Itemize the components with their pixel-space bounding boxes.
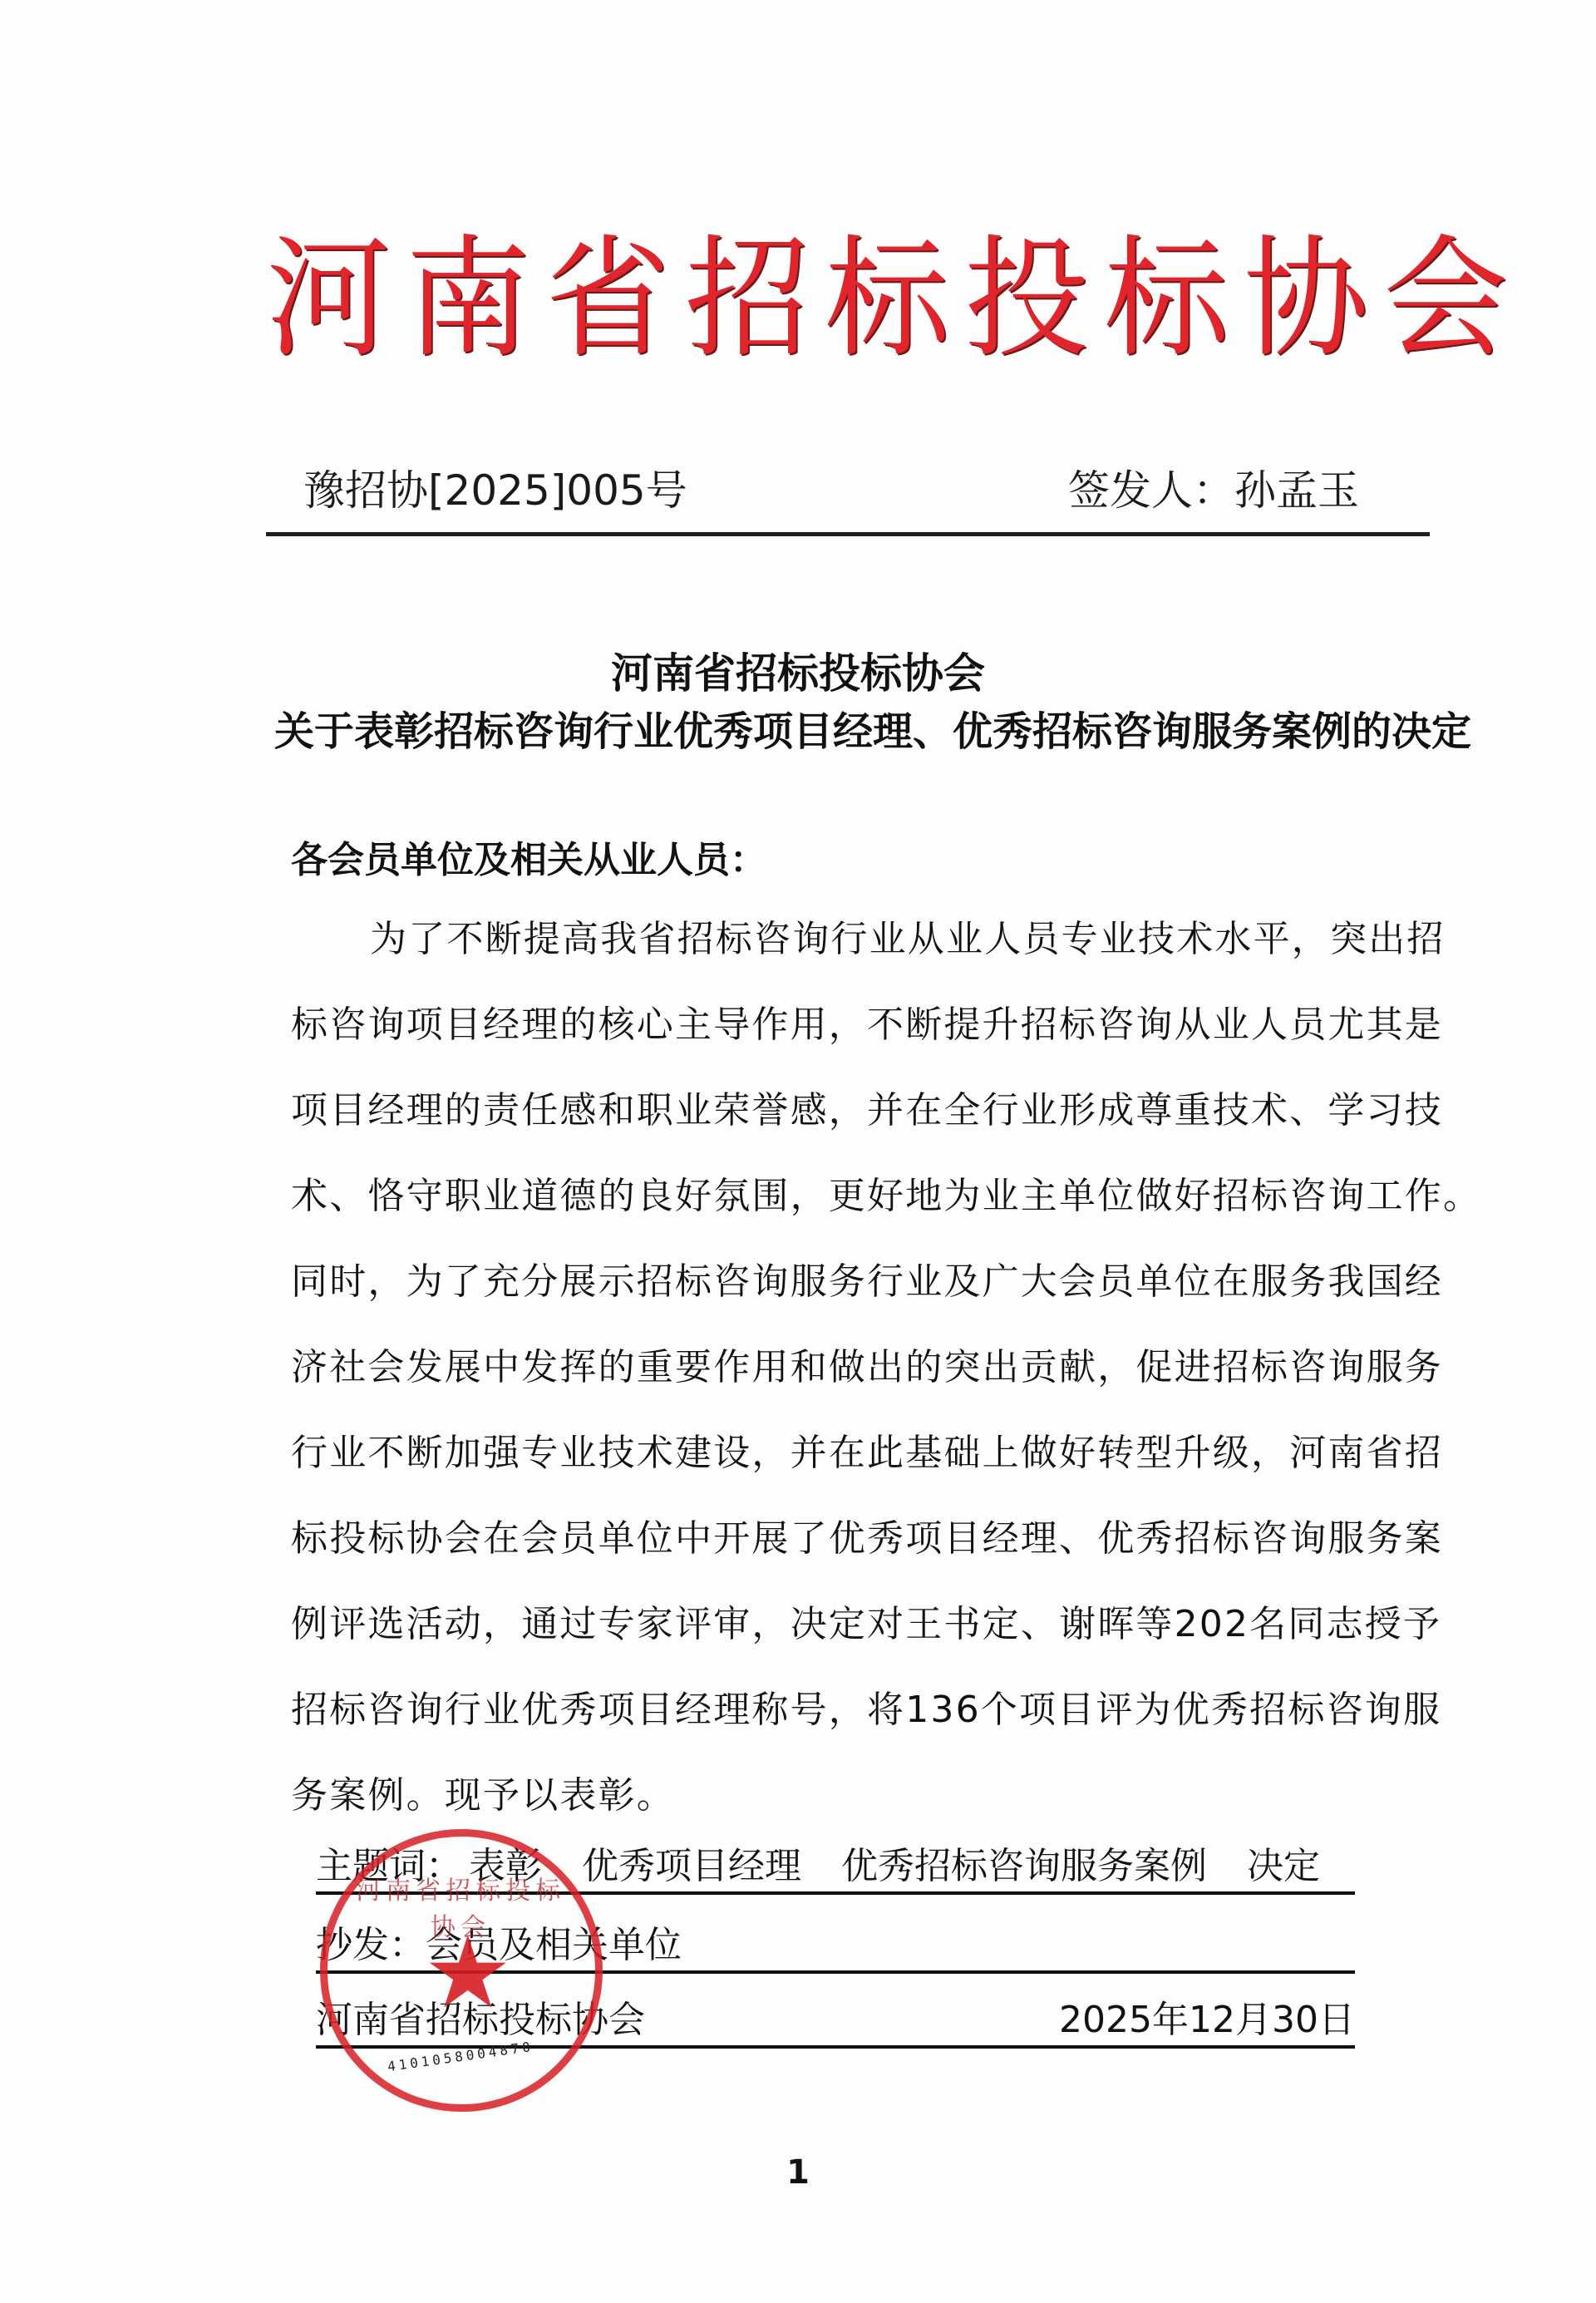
body-text: 为了不断提高我省招标咨询行业从业人员专业技术水平，突出招 标咨询项目经理的核心主… (291, 915, 1413, 1857)
masthead-title: 河南省招标投标协会 (266, 221, 1430, 378)
body-line: 例评选活动，通过专家评审，决定对王书定、谢晖等202名同志授予 (291, 1600, 1413, 1685)
body-line: 行业不断加强专业技术建设，并在此基础上做好转型升级，河南省招 (291, 1428, 1413, 1514)
body-line: 术、恪守职业道德的良好氛围，更好地为业主单位做好招标咨询工作。 (291, 1171, 1413, 1257)
doc-title-subject: 关于表彰招标咨询行业优秀项目经理、优秀招标咨询服务案例的决定 (274, 703, 1438, 761)
body-line: 标投标协会在会员单位中开展了优秀项目经理、优秀招标咨询服务案 (291, 1514, 1413, 1600)
keyword: 优秀招标咨询服务案例 (841, 1845, 1207, 1887)
salutation: 各会员单位及相关从业人员： (291, 836, 766, 885)
body-line: 为了不断提高我省招标咨询行业从业人员专业技术水平，突出招 (291, 915, 1413, 1000)
document-page: 河南省招标投标协会 豫招协[2025]005号 签发人：孙孟玉 河南省招标投标协… (0, 0, 1596, 2303)
body-line: 济社会发展中发挥的重要作用和做出的突出贡献，促进招标咨询服务 (291, 1343, 1413, 1428)
body-line: 招标咨询行业优秀项目经理称号，将136个项目评为优秀招标咨询服 (291, 1685, 1413, 1771)
seal-serial: 4101058004870 (361, 2034, 560, 2078)
star-icon: ★ (423, 1924, 513, 2024)
body-line: 同时，为了充分展示招标咨询服务行业及广大会员单位在服务我国经 (291, 1257, 1413, 1343)
document-number: 豫招协[2025]005号 (303, 461, 687, 520)
page-number: 1 (0, 2153, 1596, 2192)
body-line: 标咨询项目经理的核心主导作用，不断提升招标咨询从业人员尤其是 (291, 1000, 1413, 1086)
official-seal: 河南省招标投标协会 ★ 4101058004870 (320, 1829, 603, 2112)
doc-title-org: 河南省招标投标协会 (0, 644, 1596, 703)
issuer-name: 孙孟玉 (1234, 466, 1359, 515)
header-divider (266, 532, 1430, 536)
body-line: 项目经理的责任感和职业荣誉感，并在全行业形成尊重技术、学习技 (291, 1086, 1413, 1171)
issuer-label: 签发人： (1068, 466, 1234, 515)
issue-date: 2025年12月30日 (1059, 1995, 1355, 2045)
issuer: 签发人：孙孟玉 (1068, 461, 1359, 520)
keyword: 优秀项目经理 (582, 1845, 801, 1887)
keyword: 决定 (1247, 1845, 1320, 1887)
